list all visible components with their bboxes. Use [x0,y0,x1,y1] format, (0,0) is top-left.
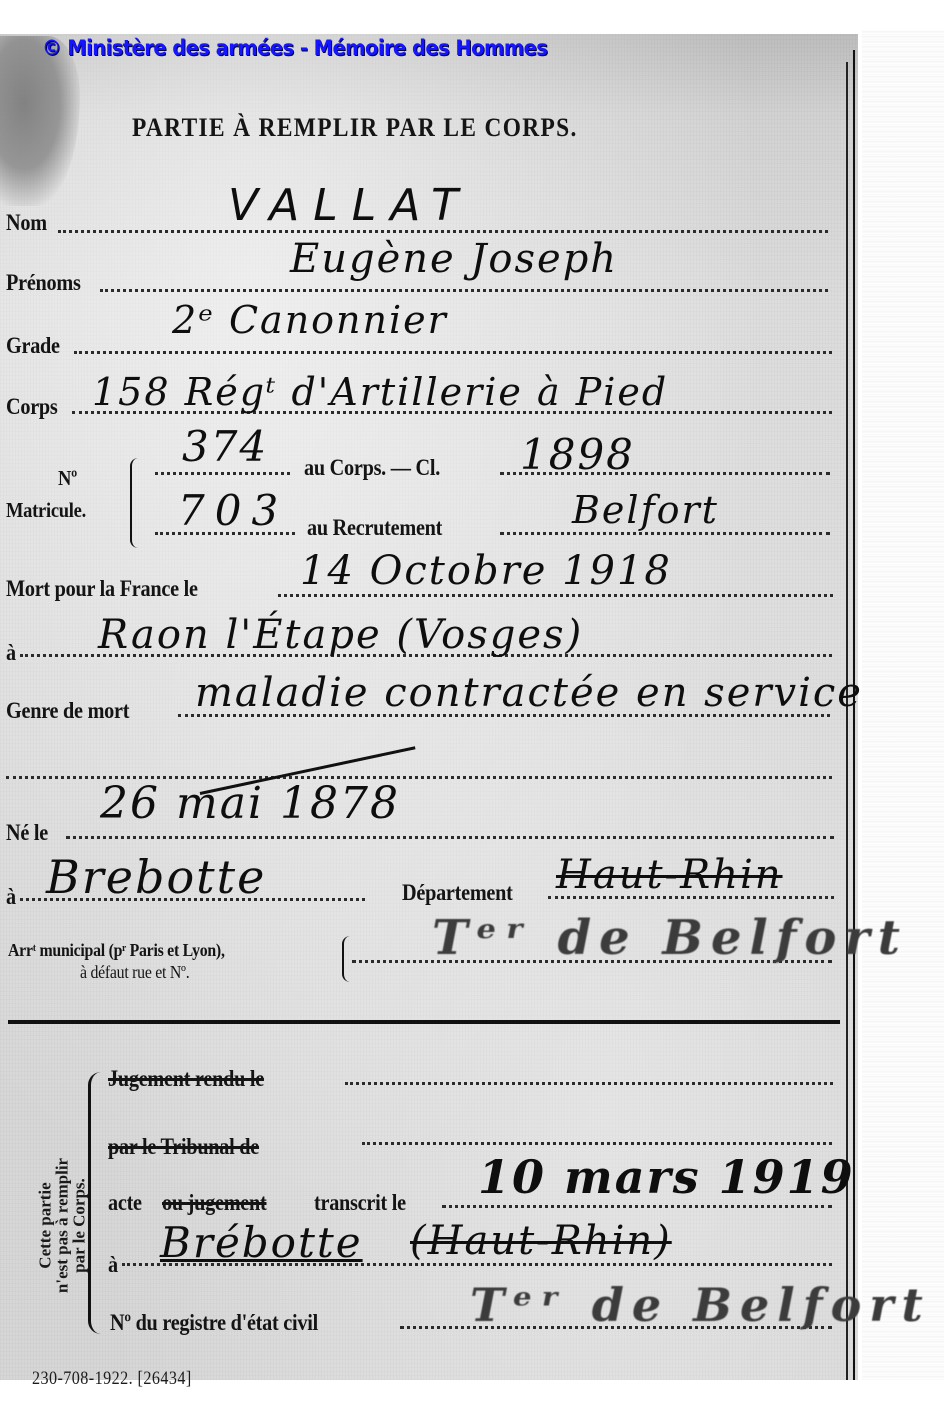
entry-transcription-date: 10 mars 1919 [478,1150,855,1204]
side-note: Cette partie n'est pas à remplir par le … [37,1126,88,1326]
label-arr-municipal: Arrᵗ municipal (pʳ Paris et Lyon), [8,940,225,961]
entry-lieu-deces: Raon l'Étape (Vosges) [98,612,583,658]
dotted-line-tribunal [362,1142,832,1145]
label-a-defaut: à défaut rue et Nº. [80,962,189,983]
entry-nom: VALLAT [228,180,472,231]
copyright-watermark: © Ministère des armées - Mémoire des Hom… [42,36,547,60]
label-matricule: Matricule. [6,498,86,523]
label-transcription-lieu: à [108,1252,118,1278]
arr-brace [342,936,350,982]
label-mort-pour-la-france: Mort pour la France le [6,576,198,602]
label-matricule-no: Nº [58,466,77,491]
side-note-line-1: Cette partie [37,1126,54,1326]
dotted-line-grade [74,351,832,354]
label-transcrit-le: transcrit le [314,1190,406,1216]
dotted-line-transcription-date [442,1205,832,1208]
label-jugement-rendu: Jugement rendu le [108,1066,264,1092]
label-departement: Département [402,880,513,906]
label-grade: Grade [6,333,60,359]
entry-grade: 2ᵉ Canonnier [172,298,448,342]
dotted-line-jugement [345,1082,833,1085]
entry-matricule-corps: 374 [182,422,268,471]
entry-genre-de-mort: maladie contractée en service [195,670,863,716]
label-prenoms: Prénoms [6,270,81,296]
entry-arrondissement: Tᵉʳ de Belfort [432,910,908,966]
scan-margin [862,30,944,1380]
form-title: PARTIE À REMPLIR PAR LE CORPS. [132,113,578,143]
lower-section-brace [88,1072,101,1334]
entry-corps: 158 Régᵗ d'Artillerie à Pied [92,370,668,414]
label-corps: Corps [6,394,58,420]
label-au-recrutement: au Recrutement [307,515,442,541]
label-au-corps: au Corps. — Cl. [304,455,440,481]
label-registre: Nº du registre d'état civil [110,1310,318,1336]
form-reference-code: 230-708-1922. [26434] [32,1368,192,1390]
dotted-line-matricule-corps [155,472,290,475]
entry-departement: Haut-Rhin [556,852,783,898]
dotted-line-date-deces [278,594,833,597]
label-lieu-deces: à [6,640,16,666]
entry-transcription-departement: (Haut-Rhin) [410,1218,672,1264]
entry-prenoms: Eugène Joseph [290,236,618,282]
entry-classe: 1898 [520,430,635,479]
dotted-line-prenoms [100,289,828,292]
entry-date-deces: 14 Octobre 1918 [300,548,672,594]
label-ne-le: Né le [6,820,48,846]
entry-date-naissance: 26 mai 1878 [100,778,400,829]
label-acte: acte [108,1190,142,1216]
side-note-line-2: n'est pas à remplir [54,1126,71,1326]
label-ou-jugement: ou jugement [162,1190,266,1216]
side-note-line-3: par le Corps. [71,1126,88,1326]
label-genre-de-mort: Genre de mort [6,698,129,724]
dotted-line-date-naissance [66,836,834,839]
entry-recrutement: Belfort [572,488,719,532]
label-par-le-tribunal: par le Tribunal de [108,1134,259,1160]
matricule-brace [130,458,140,548]
entry-transcription-territoire: Tᵉʳ de Belfort [470,1278,931,1332]
entry-transcription-lieu: Brébotte [160,1218,363,1267]
entry-lieu-naissance: Brebotte [46,850,266,904]
label-nom: Nom [6,210,47,236]
dotted-line-recrutement [500,532,830,535]
entry-matricule-recrutement: 703 [178,486,288,535]
section-divider [8,1020,840,1024]
label-lieu-naissance: à [6,884,16,910]
